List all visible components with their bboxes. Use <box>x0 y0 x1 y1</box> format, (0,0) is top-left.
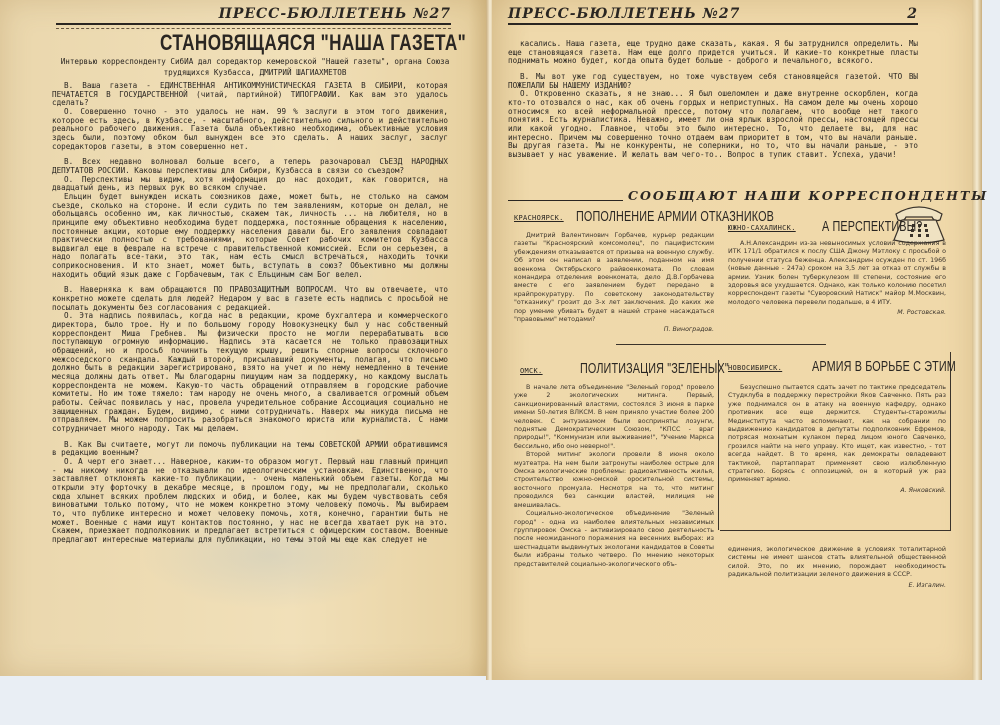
interview-paragraph: В. Как Вы считаете, могут ли помочь публ… <box>52 441 448 458</box>
running-head-text: ПРЕСС-БЮЛЛЕТЕНЬ №27 <box>219 6 451 22</box>
interview-paragraph: касались. Наша газета, еще трудно даже с… <box>508 40 918 66</box>
news-body: А.Н.Александрин из-за невыносимых услови… <box>728 240 946 318</box>
interview-paragraph: О. Эта надпись появилась, когда нас в ре… <box>52 312 448 433</box>
dateline: ОМСК. <box>520 367 543 375</box>
page-edge <box>972 0 982 680</box>
news-paragraph: единения, экологическое движение в услов… <box>728 546 946 580</box>
news-paragraph: Второй митинг экологи провели 8 июня око… <box>514 451 714 510</box>
article-title: СТАНОВЯЩАЯСЯ "НАША ГАЗЕТА" <box>160 30 466 56</box>
news-title: А ПЕРСПЕКТИВЫ? <box>822 218 922 235</box>
news-body: Дмитрий Валентинович Горбачев, курьер ре… <box>514 232 714 335</box>
news-paragraph: Социально-экологическое объединение "Зел… <box>514 510 714 569</box>
news-paragraph: А.Н.Александрин из-за невыносимых услови… <box>728 240 946 307</box>
dateline: НОВОСИБИРСК. <box>728 364 782 372</box>
news-paragraph: Безуспешно пытается сдать зачет по такти… <box>728 384 946 485</box>
dateline: КРАСНОЯРСК. <box>514 214 564 222</box>
running-head-left: ПРЕСС-БЮЛЛЕТЕНЬ №27 <box>56 6 451 25</box>
divider-rule <box>616 344 826 345</box>
banner-rule <box>508 200 623 201</box>
news-body: Безуспешно пытается сдать зачет по такти… <box>728 384 946 495</box>
news-signature: Е. Изгалин. <box>728 582 946 590</box>
interview-paragraph: О. А черт его знает... Наверное, каким-т… <box>52 458 448 545</box>
article-lead: Интервью корреспонденту СибИА дал сореда… <box>60 56 450 78</box>
interview-continuation: касались. Наша газета, еще трудно даже с… <box>508 40 918 160</box>
interview-paragraph: О. Совершенно точно - это удалось не нам… <box>52 108 448 151</box>
news-body-continued: единения, экологическое движение в услов… <box>728 546 946 590</box>
news-title: ПОПОЛНЕНИЕ АРМИИ ОТКАЗНИКОВ <box>576 208 774 225</box>
news-title: АРМИЯ В БОРЬБЕ С ЭТИМ <box>812 358 956 375</box>
dateline: ЮЖНО-САХАЛИНСК. <box>728 224 796 232</box>
news-title: ПОЛИТИЗАЦИЯ "ЗЕЛЕНЫХ" <box>580 360 729 377</box>
header-rule <box>56 28 451 29</box>
interview-paragraph: В. Всех недавно волновал больше всего, а… <box>52 158 448 175</box>
news-body: В начале лета объединение "Зеленый город… <box>514 384 714 569</box>
news-signature: М. Ростовская. <box>728 309 946 317</box>
news-signature: П. Виноградов. <box>514 326 714 334</box>
running-head-text: ПРЕСС-БЮЛЛЕТЕНЬ №27 <box>508 6 740 22</box>
interview-paragraph: О. Перспективы мы видим, хотя информация… <box>52 176 448 193</box>
column-divider <box>718 360 719 530</box>
interview-paragraph: В. Наверняка к вам обращаются ПО ПРАВОЗА… <box>52 286 448 312</box>
interview-paragraph: О. Откровенно сказать, я не знаю... Я бы… <box>508 90 918 159</box>
news-paragraph: Дмитрий Валентинович Горбачев, курьер ре… <box>514 232 714 324</box>
interview-body: В. Ваша газета - ЕДИНСТВЕННАЯ АНТИКОММУН… <box>52 82 448 544</box>
section-banner: СООБЩАЮТ НАШИ КОРРЕСПОНДЕНТЫ <box>508 188 918 204</box>
news-paragraph: В начале лета объединение "Зеленый город… <box>514 384 714 451</box>
interview-paragraph: В. Ваша газета - ЕДИНСТВЕННАЯ АНТИКОММУН… <box>52 82 448 108</box>
page-number: 2 <box>907 6 918 22</box>
interview-paragraph: В. Мы вот уже год существуем, но тоже чу… <box>508 73 918 90</box>
interview-paragraph: Ельцин будет вынужден искать союзников д… <box>52 193 448 280</box>
news-signature: А. Янковский. <box>728 487 946 495</box>
running-head-right: ПРЕСС-БЮЛЛЕТЕНЬ №27 2 <box>508 6 918 25</box>
